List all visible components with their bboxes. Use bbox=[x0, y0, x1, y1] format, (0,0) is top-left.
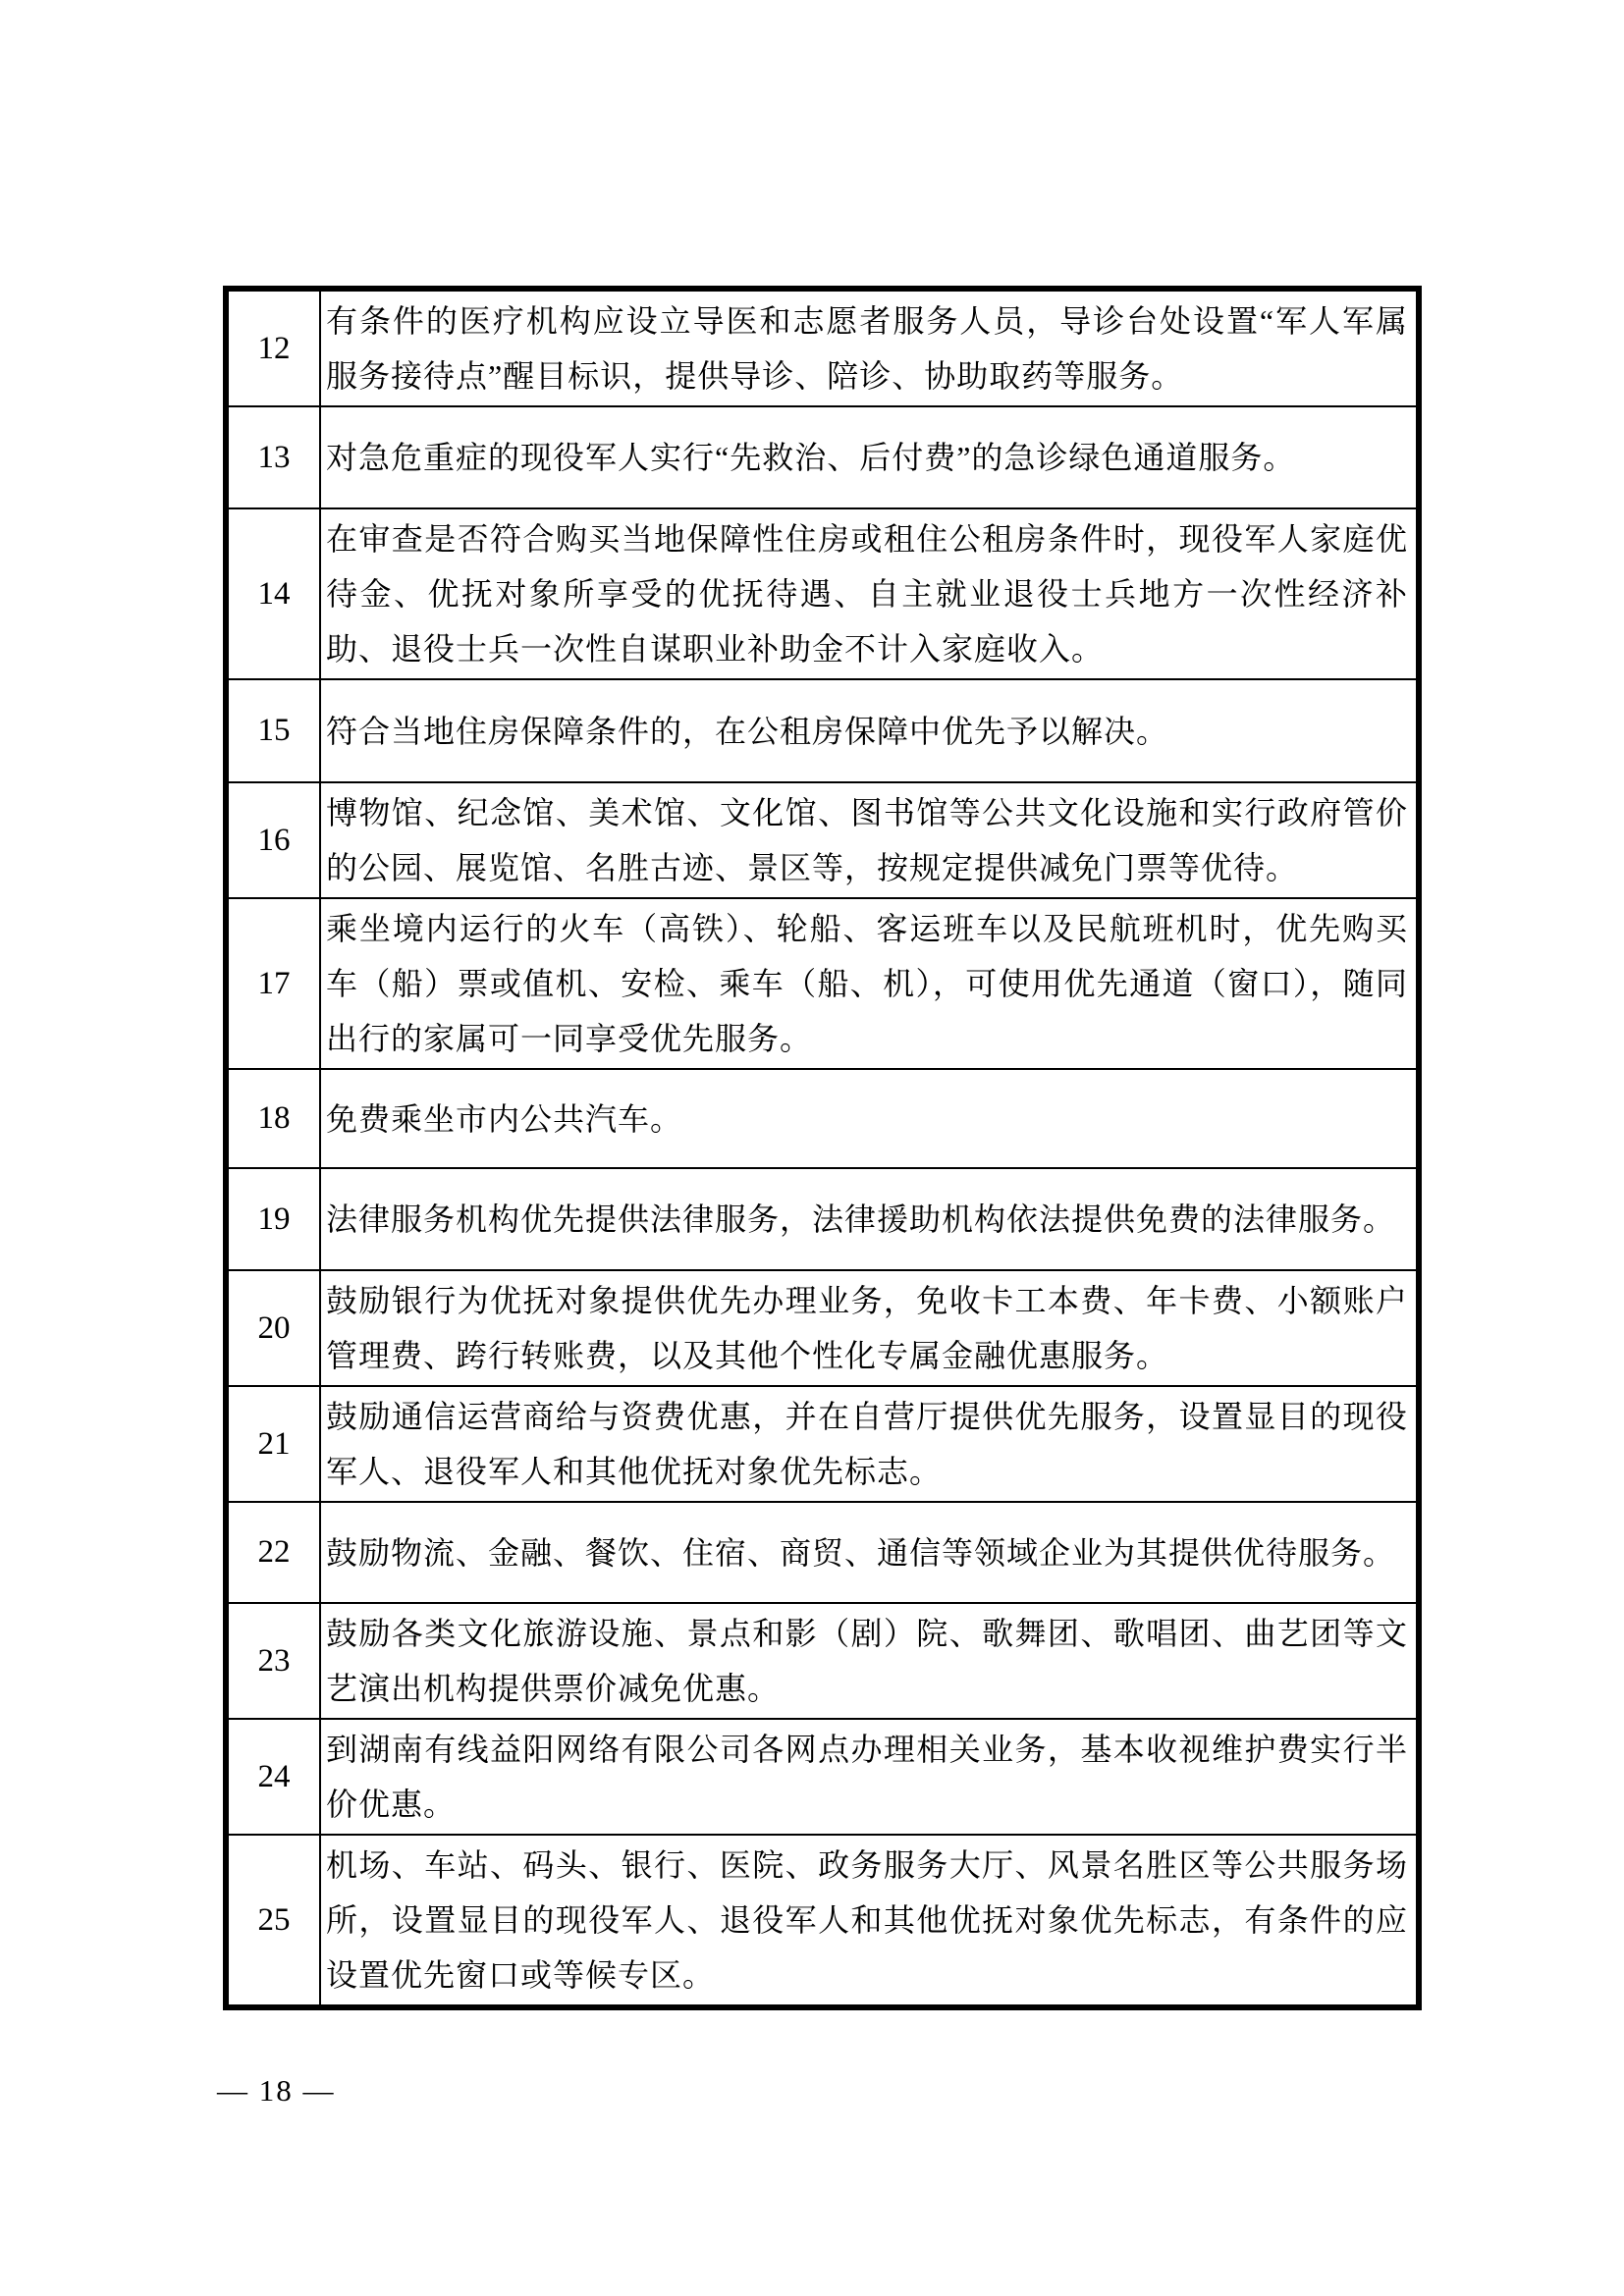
row-number: 25 bbox=[226, 1835, 320, 2007]
table-row: 15 符合当地住房保障条件的，在公租房保障中优先予以解决。 bbox=[226, 679, 1419, 782]
row-text: 鼓励银行为优抚对象提供优先办理业务，免收卡工本费、年卡费、小额账户管理费、跨行转… bbox=[320, 1270, 1419, 1386]
row-number: 19 bbox=[226, 1168, 320, 1270]
document-page: 12 有条件的医疗机构应设立导医和志愿者服务人员，导诊台处设置“军人军属服务接待… bbox=[0, 0, 1624, 2296]
row-text: 乘坐境内运行的火车（高铁）、轮船、客运班车以及民航班机时，优先购买车（船）票或值… bbox=[320, 898, 1419, 1069]
row-number: 14 bbox=[226, 508, 320, 679]
row-number: 21 bbox=[226, 1386, 320, 1502]
row-number: 12 bbox=[226, 289, 320, 406]
table-row: 24 到湖南有线益阳网络有限公司各网点办理相关业务，基本收视维护费实行半价优惠。 bbox=[226, 1719, 1419, 1835]
row-text: 鼓励通信运营商给与资费优惠，并在自营厅提供优先服务，设置显目的现役军人、退役军人… bbox=[320, 1386, 1419, 1502]
table-row: 25 机场、车站、码头、银行、医院、政务服务大厅、风景名胜区等公共服务场所，设置… bbox=[226, 1835, 1419, 2007]
row-number: 13 bbox=[226, 406, 320, 508]
row-text: 鼓励物流、金融、餐饮、住宿、商贸、通信等领域企业为其提供优待服务。 bbox=[320, 1502, 1419, 1603]
row-number: 16 bbox=[226, 782, 320, 898]
row-number: 18 bbox=[226, 1069, 320, 1168]
row-text: 鼓励各类文化旅游设施、景点和影（剧）院、歌舞团、歌唱团、曲艺团等文艺演出机构提供… bbox=[320, 1603, 1419, 1719]
row-text: 对急危重症的现役军人实行“先救治、后付费”的急诊绿色通道服务。 bbox=[320, 406, 1419, 508]
row-text: 法律服务机构优先提供法律服务，法律援助机构依法提供免费的法律服务。 bbox=[320, 1168, 1419, 1270]
table-row: 23 鼓励各类文化旅游设施、景点和影（剧）院、歌舞团、歌唱团、曲艺团等文艺演出机… bbox=[226, 1603, 1419, 1719]
table-row: 16 博物馆、纪念馆、美术馆、文化馆、图书馆等公共文化设施和实行政府管价的公园、… bbox=[226, 782, 1419, 898]
row-text: 有条件的医疗机构应设立导医和志愿者服务人员，导诊台处设置“军人军属服务接待点”醒… bbox=[320, 289, 1419, 406]
table-row: 21 鼓励通信运营商给与资费优惠，并在自营厅提供优先服务，设置显目的现役军人、退… bbox=[226, 1386, 1419, 1502]
row-text: 符合当地住房保障条件的，在公租房保障中优先予以解决。 bbox=[320, 679, 1419, 782]
table-row: 13 对急危重症的现役军人实行“先救治、后付费”的急诊绿色通道服务。 bbox=[226, 406, 1419, 508]
row-number: 24 bbox=[226, 1719, 320, 1835]
benefits-table: 12 有条件的医疗机构应设立导医和志愿者服务人员，导诊台处设置“军人军属服务接待… bbox=[223, 286, 1422, 2010]
table-row: 22 鼓励物流、金融、餐饮、住宿、商贸、通信等领域企业为其提供优待服务。 bbox=[226, 1502, 1419, 1603]
table-row: 18 免费乘坐市内公共汽车。 bbox=[226, 1069, 1419, 1168]
table-row: 19 法律服务机构优先提供法律服务，法律援助机构依法提供免费的法律服务。 bbox=[226, 1168, 1419, 1270]
row-number: 17 bbox=[226, 898, 320, 1069]
row-text: 在审查是否符合购买当地保障性住房或租住公租房条件时，现役军人家庭优待金、优抚对象… bbox=[320, 508, 1419, 679]
row-text: 机场、车站、码头、银行、医院、政务服务大厅、风景名胜区等公共服务场所，设置显目的… bbox=[320, 1835, 1419, 2007]
row-text: 博物馆、纪念馆、美术馆、文化馆、图书馆等公共文化设施和实行政府管价的公园、展览馆… bbox=[320, 782, 1419, 898]
row-text: 到湖南有线益阳网络有限公司各网点办理相关业务，基本收视维护费实行半价优惠。 bbox=[320, 1719, 1419, 1835]
table-row: 20 鼓励银行为优抚对象提供优先办理业务，免收卡工本费、年卡费、小额账户管理费、… bbox=[226, 1270, 1419, 1386]
row-number: 22 bbox=[226, 1502, 320, 1603]
row-text: 免费乘坐市内公共汽车。 bbox=[320, 1069, 1419, 1168]
table-row: 17 乘坐境内运行的火车（高铁）、轮船、客运班车以及民航班机时，优先购买车（船）… bbox=[226, 898, 1419, 1069]
row-number: 23 bbox=[226, 1603, 320, 1719]
row-number: 20 bbox=[226, 1270, 320, 1386]
page-number: — 18 — bbox=[217, 2073, 336, 2109]
table-row: 14 在审查是否符合购买当地保障性住房或租住公租房条件时，现役军人家庭优待金、优… bbox=[226, 508, 1419, 679]
table-row: 12 有条件的医疗机构应设立导医和志愿者服务人员，导诊台处设置“军人军属服务接待… bbox=[226, 289, 1419, 406]
row-number: 15 bbox=[226, 679, 320, 782]
